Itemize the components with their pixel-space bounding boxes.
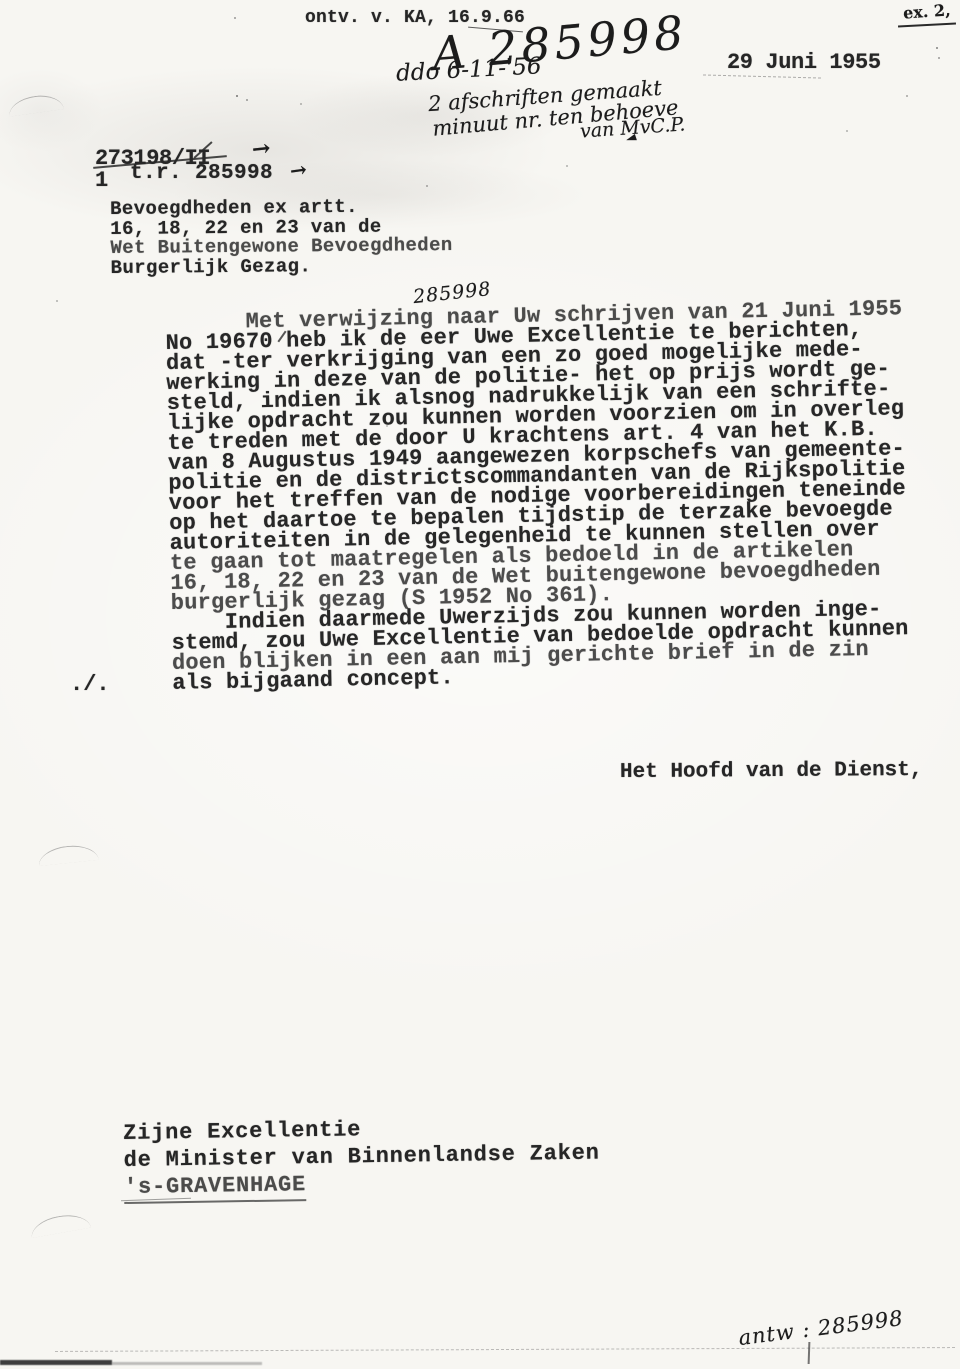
letter-date: 29 Juni 1955 (727, 50, 881, 75)
pencil-curve-mark (7, 92, 64, 116)
bottom-dashed-line (55, 1347, 955, 1352)
bottom-reference-note: antw : 285998 (737, 1306, 905, 1350)
scanned-letter-page: ontv. v. KA, 16.9.66 A 285998 ddo 6-11-'… (0, 0, 960, 1369)
copy-number-underline (898, 22, 956, 27)
recipient-address-block: Zijne Excellentie de Minister van Binnen… (123, 1113, 600, 1204)
letter-date-underline (703, 74, 821, 78)
bottom-edge-bar (0, 1360, 112, 1365)
bottom-tick-mark (808, 1342, 811, 1364)
bottom-edge-bar-faint (112, 1362, 262, 1365)
number-scribble: 285998 (412, 278, 492, 308)
subject-line: Burgerlijk Gezag. (111, 256, 453, 278)
copy-number-note: ex. 2, (902, 0, 951, 22)
arrow-icon: → (251, 135, 272, 163)
subject-block: Bevoegdheden ex artt. 16, 18, 22 en 23 v… (110, 197, 453, 278)
arrow-icon: → (288, 157, 308, 183)
new-reference-number: t.r. 285998 (130, 162, 273, 185)
pencil-curve-mark (29, 1211, 91, 1238)
attachment-mark: ./. (70, 672, 110, 697)
letter-body: Met verwijzing naar Uw schrijven van 21 … (165, 299, 910, 694)
handwritten-date-note: ddo 6-11-'56 (395, 53, 542, 87)
signature-title: Het Hoofd van de Dienst, (620, 759, 923, 784)
item-number: 1 (95, 168, 108, 193)
scan-speckles (236, 95, 238, 97)
pencil-curve-mark (37, 843, 98, 866)
